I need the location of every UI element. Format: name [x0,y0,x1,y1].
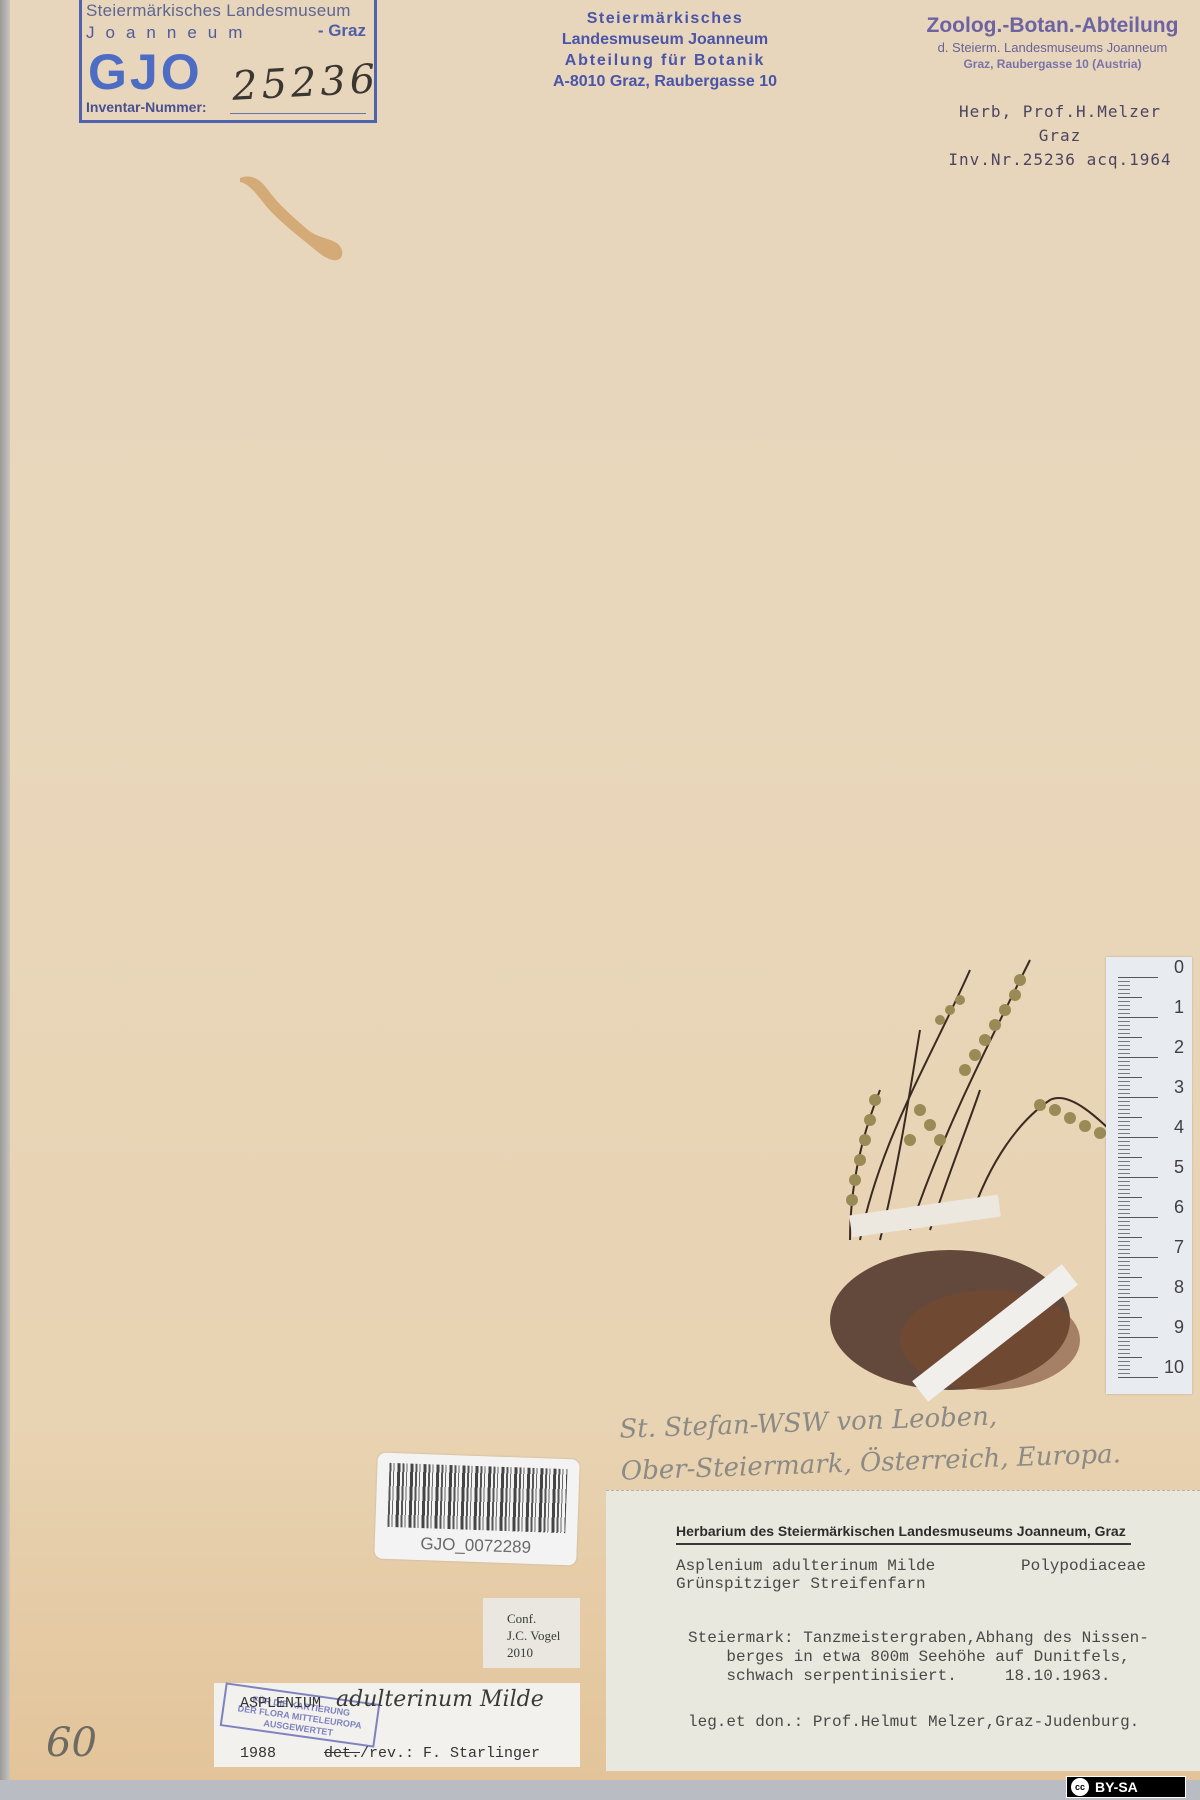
ruler-label: 3 [1174,1077,1184,1098]
collector-text: leg.et don.: Prof.Helmut Melzer,Graz-Jud… [688,1713,1139,1731]
ruler-label: 2 [1174,1037,1184,1058]
common-name: Grünspitziger Streifenfarn [676,1575,926,1593]
stamp-graz: - Graz [318,21,366,41]
confirmation-label: Conf. J.C. Vogel 2010 [483,1598,580,1668]
stamp-line: A-8010 Graz, Raubergasse 10 [540,71,790,92]
zoology-botany-stamp: Zoolog.-Botan.-Abteilung d. Steierm. Lan… [920,14,1185,71]
barcode-bars [387,1463,567,1533]
label-header: Herbarium des Steiermärkischen Landesmus… [676,1523,1131,1545]
inventory-number-handwritten: 25236 [231,56,380,110]
stamp-line: Zoolog.-Botan.-Abteilung [920,14,1185,38]
botany-department-stamp: Steiermärkisches Landesmuseum Joanneum A… [540,8,790,92]
det-revision: det./rev.: F. Starlinger [324,1745,540,1762]
provenance-line: Herb, Prof.H.Melzer [940,100,1180,124]
ruler-label: 8 [1174,1277,1184,1298]
stamp-line: d. Steierm. Landesmuseums Joanneum [920,40,1185,55]
det-epithet: adulterinum Milde [336,1687,544,1712]
creative-commons-icon: cc [1071,1778,1089,1796]
locality-text: Steiermark: Tanzmeistergraben,Abhang des… [688,1629,1149,1686]
stamp-museum-name: Steiermärkisches Landesmuseum [86,1,351,21]
conf-line: 2010 [507,1644,580,1661]
ruler-label: 0 [1174,957,1184,978]
ruler-label: 6 [1174,1197,1184,1218]
inventory-label: Inventar-Nummer: [86,99,207,115]
stamp-line: Steiermärkisches [540,8,790,29]
barcode-number: GJO_0072289 [374,1532,577,1559]
ruler-label: 10 [1164,1357,1184,1378]
license-text: BY-SA [1095,1779,1138,1795]
conf-line: J.C. Vogel [507,1627,580,1644]
ruler-label: 9 [1174,1317,1184,1338]
conf-line: Conf. [507,1610,580,1627]
handwritten-locality: St. Stefan-WSW von Leoben, Ober-Steierma… [619,1391,1122,1492]
det-year: 1988 [240,1745,276,1762]
provenance-line: Graz [940,124,1180,148]
family-name: Polypodiaceae [1021,1557,1146,1575]
sheet-number-handwritten: 60 [46,1720,97,1766]
background-strip [0,1780,1200,1800]
stamp-line: Landesmuseum Joanneum [540,29,790,50]
license-badge[interactable]: cc BY-SA [1066,1776,1186,1798]
stamp-line: Graz, Raubergasse 10 (Austria) [920,57,1185,71]
ruler-label: 4 [1174,1117,1184,1138]
det-struck: det. [324,1745,360,1762]
stamp-line: Abteilung für Botanik [540,50,790,71]
provenance-line: Inv.Nr.25236 acq.1964 [940,148,1180,172]
stamp-acronym: GJO [88,43,203,101]
species-name: Asplenium adulterinum Milde [676,1557,935,1575]
herbarium-provenance: Herb, Prof.H.Melzer Graz Inv.Nr.25236 ac… [940,100,1180,172]
stamp-joanneum: Joanneum [86,23,253,43]
scale-ruler: 0 1 2 3 4 5 6 7 8 9 10 [1106,957,1192,1394]
sheet-edge-shadow [0,0,10,1790]
ruler-label: 1 [1174,997,1184,1018]
fern-specimen [790,940,1130,1420]
inventory-line [230,113,366,114]
rev-text: /rev.: F. Starlinger [360,1745,540,1762]
det-genus: ASPLENIUM [240,1695,321,1712]
determination-label: FÜR DIE KARTIERUNG DER FLORA MITTELEUROP… [214,1683,580,1767]
ruler-ticks [1118,977,1158,1381]
specimen-label: Herbarium des Steiermärkischen Landesmus… [606,1490,1200,1771]
ruler-label: 5 [1174,1157,1184,1178]
ruler-label: 7 [1174,1237,1184,1258]
glue-stain [238,172,358,262]
barcode-label: GJO_0072289 [374,1453,580,1566]
